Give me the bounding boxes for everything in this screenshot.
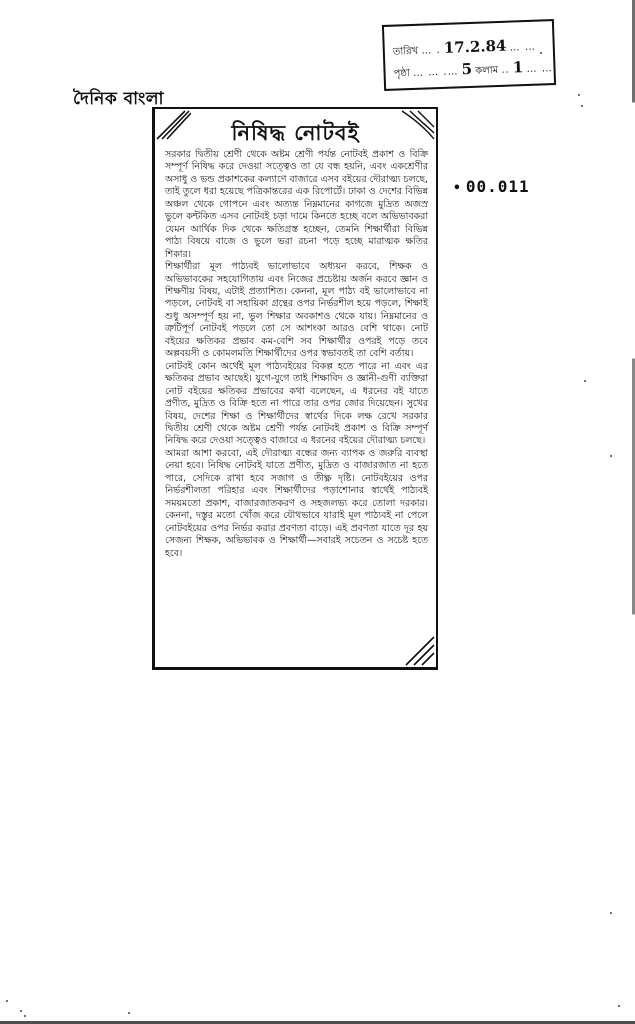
newspaper-clipping: নিষিদ্ধ নোটবই সরকার দ্বিতীয় শ্রেণী থেকে… (152, 107, 438, 670)
stamp-dots: … … (509, 42, 536, 54)
scan-speck (24, 1015, 26, 1017)
scan-speck (581, 105, 583, 107)
bullet-icon: • (453, 181, 462, 196)
scan-speck (610, 455, 612, 457)
stamp-column-label: কলাম (475, 65, 498, 77)
paragraph: সরকার দ্বিতীয় শ্রেণী থেকে অষ্টম শ্রেণী … (165, 149, 428, 261)
scan-speck (6, 1000, 8, 1002)
stamp-dots: … … (526, 63, 553, 75)
date-stamp: তারিখ … . 17.2.84 … … পৃষ্ঠা … … .… 5 কল… (382, 19, 556, 91)
clipping-headline: নিষিদ্ধ নোটবই (155, 117, 436, 152)
newspaper-name: দৈনিক বাংলা (73, 86, 164, 114)
stamp-dots: … . (421, 45, 441, 57)
scan-speck (578, 94, 580, 96)
stamp-dots: .. (501, 65, 510, 76)
scan-speck (610, 912, 612, 914)
file-number-text: 00.011 (466, 177, 530, 196)
scan-speck (128, 1012, 130, 1014)
file-number: •00.011 (453, 177, 530, 196)
corner-flourish-icon (400, 635, 436, 667)
stamp-date-label: তারিখ (393, 46, 419, 58)
scan-speck (618, 1005, 620, 1007)
paragraph: শিক্ষার্থীরা মূল পাঠ্যবই ভালোভাবে অধ্যয়… (165, 261, 428, 361)
scan-speck (20, 1010, 22, 1012)
paragraph: আমরা আশা করবো, এই দৌরাত্ম্য বন্ধের জন্য … (165, 448, 428, 560)
scanned-page: দৈনিক বাংলা তারিখ … . 17.2.84 … … পৃষ্ঠা… (0, 0, 635, 1024)
stamp-page-row: পৃষ্ঠা … … .… 5 কলাম .. 1 … … (393, 57, 553, 84)
clipping-body: সরকার দ্বিতীয় শ্রেণী থেকে অষ্টম শ্রেণী … (165, 149, 428, 560)
stamp-dots: … … .… (413, 66, 459, 79)
stamp-date-value: 17.2.84 (444, 37, 507, 57)
scan-speck (584, 380, 586, 382)
stamp-page-label: পৃষ্ঠা (393, 68, 410, 80)
stamp-page-value: 5 (461, 60, 472, 78)
paragraph: নোটবই কোন অর্থেই মূল পাঠ্যবইয়ের বিকল্প … (165, 361, 428, 448)
stamp-column-value: 1 (513, 58, 524, 76)
